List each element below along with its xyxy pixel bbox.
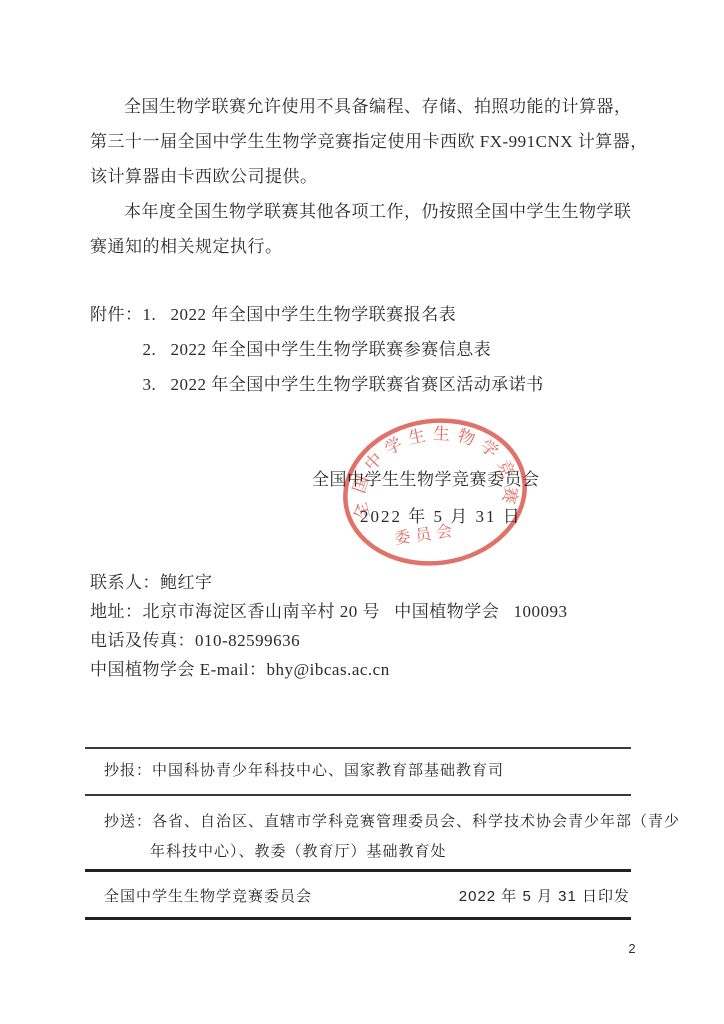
attachment-number: 1. [143,297,171,332]
seal-bottom-text: 委员会 [393,521,458,548]
issue-row: 全国中学生生物学竞赛委员会 2022 年 5 月 31 日印发 [104,884,630,906]
copy-report-text: 中国科协青少年科技中心、国家教育部基础教育司 [152,763,504,779]
attachment-title: 2022 年全国中学生生物学联赛省赛区活动承诺书 [171,367,544,402]
issue-date: 2022 年 5 月 31 日印发 [459,885,630,906]
contact-phone-fax: 电话及传真：010-82599636 [90,626,660,655]
divider-line [85,917,631,920]
contact-email: 中国植物学会 E-mail：bhy@ibcas.ac.cn [90,655,660,684]
paragraph-calculator: 全国生物学联赛允许使用不具备编程、存储、拍照功能的计算器，第三十一届全国中学生生… [90,89,648,194]
divider-line [85,747,631,749]
attachment-title: 2022 年全国中学生生物学联赛报名表 [171,297,457,332]
attachment-number: 3. [143,367,171,402]
copy-send-label: 抄送： [104,814,152,830]
issuer-name: 全国中学生生物学竞赛委员会 [104,885,312,906]
attachments-label: 附件： [90,297,143,332]
copy-send-text: 各省、自治区、直辖市学科竞赛管理委员会、科学技术协会青少年部（青少年科技中心）、… [150,814,680,860]
page-number: 2 [624,941,640,956]
attachment-item: 3. 2022 年全国中学生生物学联赛省赛区活动承诺书 [143,367,544,402]
copy-report-label: 抄报： [104,763,152,779]
seal-arc-text: 全国中学生生物学竞赛 [340,413,524,534]
attachment-title: 2022 年全国中学生生物学联赛参赛信息表 [171,332,492,367]
attachments-block: 附件： 1. 2022 年全国中学生生物学联赛报名表 2. 2022 年全国中学… [90,297,648,402]
copy-send-row: 抄送：各省、自治区、直辖市学科竞赛管理委员会、科学技术协会青少年部（青少年科技中… [104,807,686,867]
official-seal-stamp: 全国中学生生物学竞赛 委员会 [330,404,539,581]
contact-address: 地址：北京市海淀区香山南辛村 20 号 中国植物学会 100093 [90,597,660,626]
divider-line [85,794,631,796]
attachment-item: 1. 2022 年全国中学生生物学联赛报名表 [143,297,544,332]
contact-block: 联系人：鲍红宇 地址：北京市海淀区香山南辛村 20 号 中国植物学会 10009… [90,568,660,684]
seal-graphic: 全国中学生生物学竞赛 委员会 [330,404,539,581]
document-page: 全国生物学联赛允许使用不具备编程、存储、拍照功能的计算器，第三十一届全国中学生生… [0,0,724,1024]
paragraph-other-work: 本年度全国生物学联赛其他各项工作，仍按照全国中学生生物学联赛通知的相关规定执行。 [90,194,648,264]
copy-report-row: 抄报：中国科协青少年科技中心、国家教育部基础教育司 [104,759,644,783]
divider-line [85,869,631,872]
attachments-list: 1. 2022 年全国中学生生物学联赛报名表 2. 2022 年全国中学生生物学… [143,297,544,402]
contact-person: 联系人：鲍红宇 [90,568,660,597]
body-text: 全国生物学联赛允许使用不具备编程、存储、拍照功能的计算器，第三十一届全国中学生生… [90,89,648,264]
attachment-number: 2. [143,332,171,367]
attachment-item: 2. 2022 年全国中学生生物学联赛参赛信息表 [143,332,544,367]
